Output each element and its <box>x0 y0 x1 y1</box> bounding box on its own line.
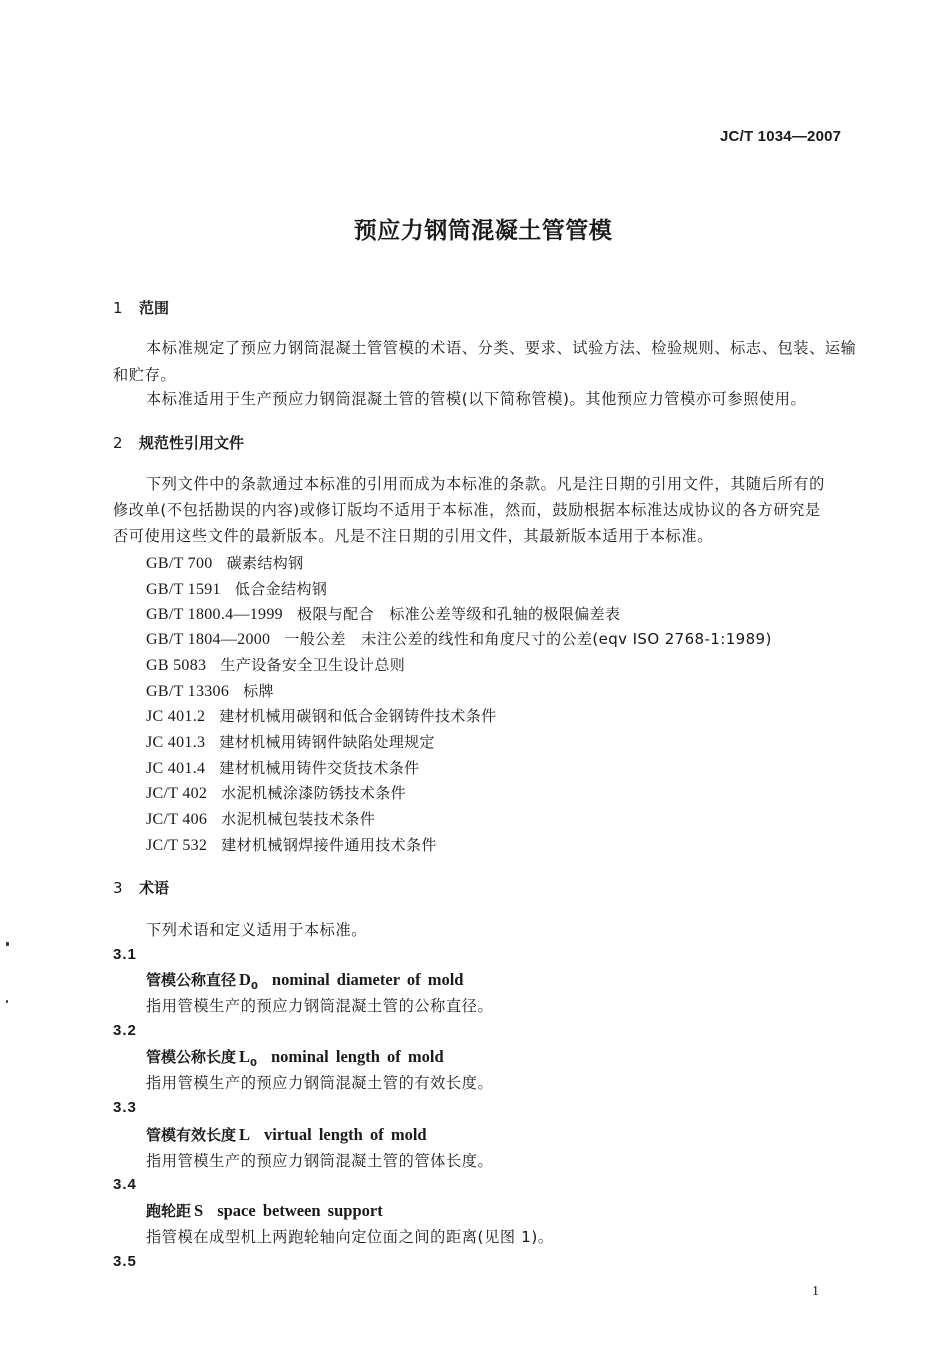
term-definition: 指用管模生产的预应力钢筒混凝土管的管体长度。 <box>146 1150 493 1171</box>
reference-item: GB 5083生产设备安全卫生设计总则 <box>146 654 405 675</box>
reference-item: JC 401.3建材机械用铸钢件缺陷处理规定 <box>146 731 435 752</box>
paragraph: 下列术语和定义适用于本标准。 <box>146 919 367 940</box>
reference-code: JC/T 532 <box>146 837 207 854</box>
reference-code: GB/T 1800.4—1999 <box>146 606 283 623</box>
page-title: 预应力钢筒混凝土管管模 <box>0 212 950 245</box>
term-subscript: 0 <box>251 981 258 992</box>
reference-item: GB/T 13306标牌 <box>146 680 274 701</box>
section-heading-1: 1范围 <box>113 297 169 318</box>
reference-item: GB/T 700碳素结构钢 <box>146 552 304 573</box>
reference-item: JC 401.2建材机械用碳钢和低合金钢铸件技术条件 <box>146 705 497 726</box>
paragraph: 下列文件中的条款通过本标准的引用而成为本标准的条款。凡是注日期的引用文件，其随后… <box>146 473 825 494</box>
term-number: 3.4 <box>113 1176 137 1193</box>
reference-item: JC/T 402水泥机械涂漆防锈技术条件 <box>146 782 406 803</box>
reference-item: GB/T 1800.4—1999极限与配合 标准公差等级和孔轴的极限偏差表 <box>146 603 620 624</box>
section-heading-2: 2规范性引用文件 <box>113 432 244 453</box>
term-heading: 跑轮距Sspace between support <box>146 1200 383 1221</box>
term-zh: 管模公称直径 <box>146 971 236 989</box>
paragraph: 和贮存。 <box>113 364 176 385</box>
reference-code: JC 401.4 <box>146 760 205 777</box>
section-number: 1 <box>113 299 139 317</box>
term-definition: 指用管模生产的预应力钢筒混凝土管的有效长度。 <box>146 1072 493 1093</box>
reference-title: 水泥机械包装技术条件 <box>221 810 375 828</box>
scan-speck <box>6 942 9 946</box>
term-symbol: L <box>239 1047 250 1066</box>
reference-item: JC/T 532建材机械钢焊接件通用技术条件 <box>146 834 437 855</box>
page-number: 1 <box>812 1284 819 1300</box>
term-number: 3.1 <box>113 946 137 963</box>
reference-title: 建材机械用碳钢和低合金钢铸件技术条件 <box>219 707 496 725</box>
reference-code: JC/T 402 <box>146 785 207 802</box>
term-symbol: S <box>194 1201 203 1220</box>
reference-item: JC 401.4建材机械用铸件交货技术条件 <box>146 757 420 778</box>
term-number: 3.2 <box>113 1022 137 1039</box>
reference-title: 标牌 <box>243 682 274 700</box>
reference-title: 建材机械钢焊接件通用技术条件 <box>221 836 437 854</box>
reference-code: JC/T 406 <box>146 811 207 828</box>
reference-code: GB 5083 <box>146 657 206 674</box>
term-en: space between support <box>217 1201 383 1220</box>
reference-code: GB/T 1591 <box>146 581 221 598</box>
section-number: 2 <box>113 434 139 452</box>
reference-item: GB/T 1804—2000一般公差 未注公差的线性和角度尺寸的公差(eqv I… <box>146 628 772 649</box>
reference-title: 低合金结构钢 <box>235 580 327 598</box>
reference-code: GB/T 1804—2000 <box>146 631 270 648</box>
term-en: nominal length of mold <box>271 1047 444 1066</box>
section-title: 范围 <box>139 299 169 317</box>
term-definition: 指用管模生产的预应力钢筒混凝土管的公称直径。 <box>146 995 493 1016</box>
term-heading: 管模公称长度L0nominal length of mold <box>146 1046 444 1069</box>
reference-item: JC/T 406水泥机械包装技术条件 <box>146 808 375 829</box>
reference-item: GB/T 1591低合金结构钢 <box>146 578 327 599</box>
term-heading: 管模公称直径D0nominal diameter of mold <box>146 969 463 992</box>
term-zh: 管模公称长度 <box>146 1048 236 1066</box>
paragraph: 修改单(不包括勘误的内容)或修订版均不适用于本标准，然而，鼓励根据本标准达成协议… <box>113 499 821 520</box>
term-symbol: D <box>239 970 251 989</box>
reference-code: GB/T 13306 <box>146 683 229 700</box>
paragraph: 本标准规定了预应力钢筒混凝土管管模的术语、分类、要求、试验方法、检验规则、标志、… <box>146 337 856 358</box>
reference-title: 生产设备安全卫生设计总则 <box>220 656 405 674</box>
reference-title: 水泥机械涂漆防锈技术条件 <box>221 784 406 802</box>
term-symbol: L <box>239 1125 250 1144</box>
term-en: nominal diameter of mold <box>272 970 464 989</box>
section-title: 术语 <box>139 879 169 897</box>
paragraph: 本标准适用于生产预应力钢筒混凝土管的管模(以下简称管模)。其他预应力管模亦可参照… <box>146 388 806 409</box>
reference-code: JC 401.2 <box>146 708 205 725</box>
term-subscript: 0 <box>250 1058 257 1069</box>
term-heading: 管模有效长度Lvirtual length of mold <box>146 1124 427 1145</box>
term-zh: 管模有效长度 <box>146 1126 236 1144</box>
term-definition: 指管模在成型机上两跑轮轴向定位面之间的距离(见图 1)。 <box>146 1226 554 1247</box>
term-number: 3.5 <box>113 1253 137 1270</box>
standard-number: JC/T 1034—2007 <box>720 128 841 145</box>
term-zh: 跑轮距 <box>146 1202 191 1220</box>
term-number: 3.3 <box>113 1099 137 1116</box>
reference-title: 建材机械用铸件交货技术条件 <box>219 759 419 777</box>
section-title: 规范性引用文件 <box>139 434 244 452</box>
reference-title: 碳素结构钢 <box>227 554 304 572</box>
section-heading-3: 3术语 <box>113 877 169 898</box>
reference-code: GB/T 700 <box>146 555 213 572</box>
reference-title: 建材机械用铸钢件缺陷处理规定 <box>219 733 435 751</box>
reference-title: 一般公差 未注公差的线性和角度尺寸的公差(eqv ISO 2768-1:1989… <box>284 630 771 648</box>
section-number: 3 <box>113 879 139 897</box>
reference-title: 极限与配合 标准公差等级和孔轴的极限偏差表 <box>297 605 620 623</box>
scan-speck <box>6 1000 8 1003</box>
paragraph: 否可使用这些文件的最新版本。凡是不注日期的引用文件，其最新版本适用于本标准。 <box>113 525 713 546</box>
reference-code: JC 401.3 <box>146 734 205 751</box>
term-en: virtual length of mold <box>264 1125 427 1144</box>
